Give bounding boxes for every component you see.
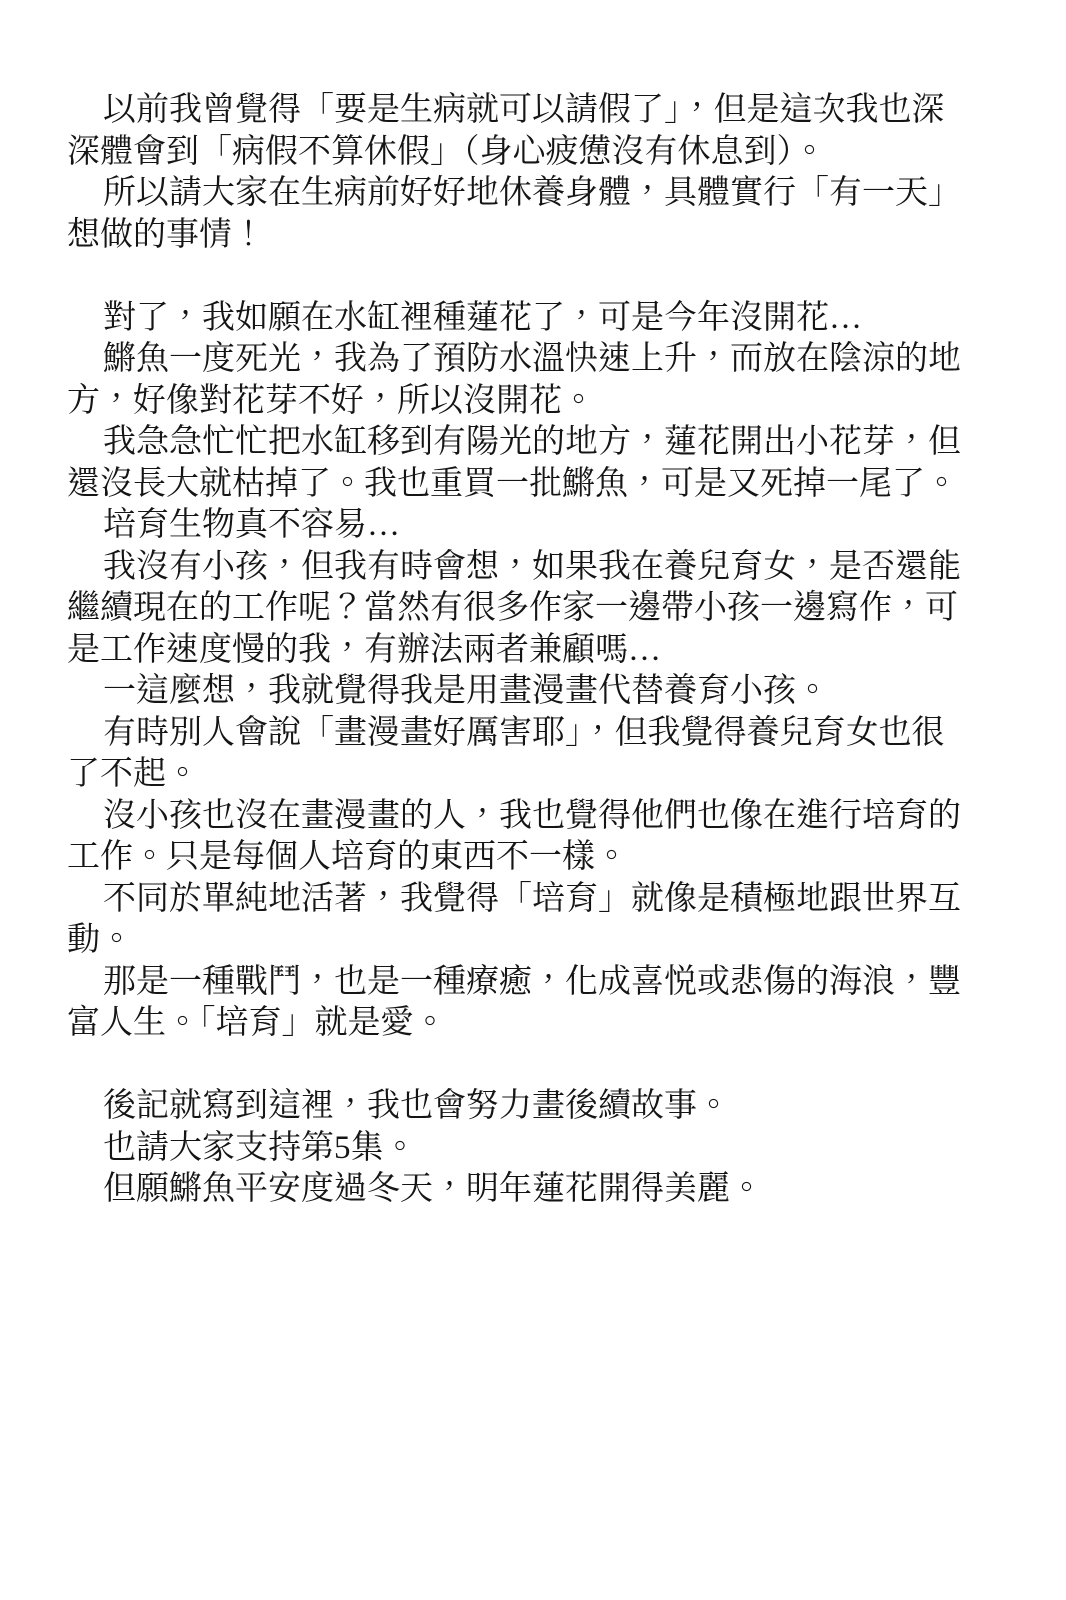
text-line: 我急急忙忙把水缸移到有陽光的地方，蓮花開出小花芽，但 <box>67 422 959 464</box>
paragraph: 不同於單純地活著，我覺得「培育」就像是積極地跟世界互動。 <box>67 879 959 962</box>
paragraph: 我急急忙忙把水缸移到有陽光的地方，蓮花開出小花芽，但還沒長大就枯掉了。我也重買一… <box>67 422 959 505</box>
text-line: 有時別人會說「畫漫畫好厲害耶」，但我覺得養兒育女也很 <box>67 713 959 755</box>
text-line: 不同於單純地活著，我覺得「培育」就像是積極地跟世界互 <box>67 879 959 921</box>
text-line: 深體會到「病假不算休假」（身心疲憊沒有休息到）。 <box>67 132 959 174</box>
text-line: 鱂魚一度死光，我為了預防水溫快速上升，而放在陰涼的地 <box>67 339 959 381</box>
paragraph: 那是一種戰鬥，也是一種療癒，化成喜悦或悲傷的海浪，豐富人生。「培育」就是愛。 <box>67 962 959 1045</box>
book-page: 以前我曾覺得「要是生病就可以請假了」，但是這次我也深深體會到「病假不算休假」（身… <box>0 0 1066 1600</box>
text-line: 我沒有小孩，但我有時會想，如果我在養兒育女，是否還能 <box>67 547 959 589</box>
text-line: 所以請大家在生病前好好地休養身體，具體實行「有一天」 <box>67 173 959 215</box>
paragraph: 但願鱂魚平安度過冬天，明年蓮花開得美麗。 <box>67 1169 959 1211</box>
text-line: 那是一種戰鬥，也是一種療癒，化成喜悦或悲傷的海浪，豐 <box>67 962 959 1004</box>
text-line: 以前我曾覺得「要是生病就可以請假了」，但是這次我也深 <box>67 90 959 132</box>
text-block: 以前我曾覺得「要是生病就可以請假了」，但是這次我也深深體會到「病假不算休假」（身… <box>67 90 959 256</box>
text-line: 方，好像對花芽不好，所以沒開花。 <box>67 381 959 423</box>
paragraph: 一這麼想，我就覺得我是用畫漫畫代替養育小孩。 <box>67 671 959 713</box>
text-line: 對了，我如願在水缸裡種蓮花了，可是今年沒開花… <box>67 298 959 340</box>
paragraph: 所以請大家在生病前好好地休養身體，具體實行「有一天」想做的事情！ <box>67 173 959 256</box>
paragraph: 有時別人會說「畫漫畫好厲害耶」，但我覺得養兒育女也很了不起。 <box>67 713 959 796</box>
text-line: 動。 <box>67 920 959 962</box>
paragraph: 後記就寫到這裡，我也會努力畫後續故事。 <box>67 1086 959 1128</box>
text-line: 還沒長大就枯掉了。我也重買一批鱂魚，可是又死掉一尾了。 <box>67 464 959 506</box>
text-line: 繼續現在的工作呢？當然有很多作家一邊帶小孩一邊寫作，可 <box>67 588 959 630</box>
text-line: 是工作速度慢的我，有辦法兩者兼顧嗎… <box>67 630 959 672</box>
text-block: 後記就寫到這裡，我也會努力畫後續故事。也請大家支持第5集。但願鱂魚平安度過冬天，… <box>67 1086 959 1211</box>
paragraph: 對了，我如願在水缸裡種蓮花了，可是今年沒開花… <box>67 298 959 340</box>
paragraph: 沒小孩也沒在畫漫畫的人，我也覺得他們也像在進行培育的工作。只是每個人培育的東西不… <box>67 796 959 879</box>
paragraph: 我沒有小孩，但我有時會想，如果我在養兒育女，是否還能繼續現在的工作呢？當然有很多… <box>67 547 959 672</box>
text-line: 沒小孩也沒在畫漫畫的人，我也覺得他們也像在進行培育的 <box>67 796 959 838</box>
text-line: 工作。只是每個人培育的東西不一樣。 <box>67 837 959 879</box>
paragraph: 以前我曾覺得「要是生病就可以請假了」，但是這次我也深深體會到「病假不算休假」（身… <box>67 90 959 173</box>
text-line: 後記就寫到這裡，我也會努力畫後續故事。 <box>67 1086 959 1128</box>
afterword-text: 以前我曾覺得「要是生病就可以請假了」，但是這次我也深深體會到「病假不算休假」（身… <box>67 90 959 1211</box>
text-line: 了不起。 <box>67 754 959 796</box>
text-block: 對了，我如願在水缸裡種蓮花了，可是今年沒開花…鱂魚一度死光，我為了預防水溫快速上… <box>67 298 959 1045</box>
paragraph: 也請大家支持第5集。 <box>67 1128 959 1170</box>
text-line: 想做的事情！ <box>67 215 959 257</box>
paragraph: 鱂魚一度死光，我為了預防水溫快速上升，而放在陰涼的地方，好像對花芽不好，所以沒開… <box>67 339 959 422</box>
text-line: 培育生物真不容易… <box>67 505 959 547</box>
text-line: 富人生。「培育」就是愛。 <box>67 1003 959 1045</box>
text-line: 也請大家支持第5集。 <box>67 1128 959 1170</box>
text-line: 但願鱂魚平安度過冬天，明年蓮花開得美麗。 <box>67 1169 959 1211</box>
paragraph: 培育生物真不容易… <box>67 505 959 547</box>
text-line: 一這麼想，我就覺得我是用畫漫畫代替養育小孩。 <box>67 671 959 713</box>
